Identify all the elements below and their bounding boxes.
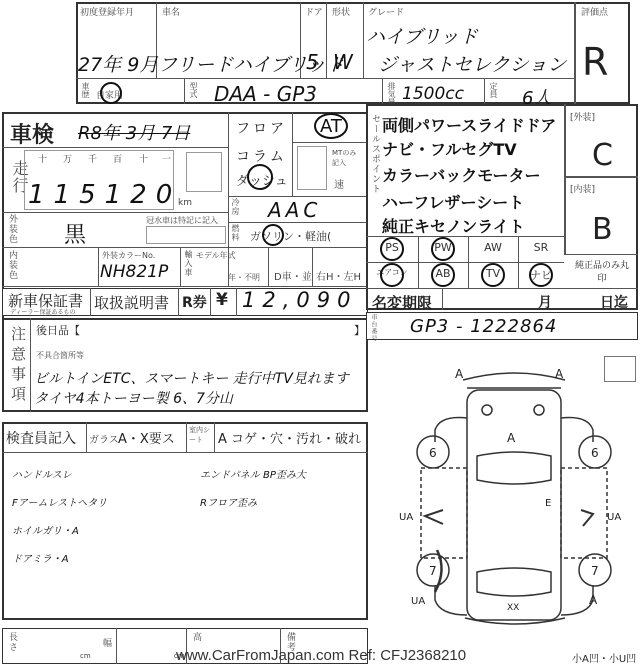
damage-note-label: 冠水車は特記に記入 [146, 215, 218, 226]
name-change-label: 名変期限 [372, 292, 432, 313]
glass-text: A・X要ス [118, 428, 175, 447]
notes-line2: タイヤ4本トーヨー製 6、7分山 [34, 388, 233, 408]
watermark: www.CarFromJapan.com Ref: CFJ2368210 [176, 647, 466, 664]
inspector-right-line1: エンドパネル BP歪み大 [200, 466, 306, 481]
exterior-grade-label: [外装] [570, 110, 595, 123]
equipment-aw: AW [468, 241, 518, 254]
sales-point-2: ナビ・フルセグTV [382, 137, 517, 160]
doors-label: ドア [305, 5, 323, 18]
grade-label: グレード [368, 5, 404, 18]
equipment-circle [431, 263, 455, 287]
ac-value: AAC [268, 198, 321, 222]
equipment-circle [481, 263, 505, 287]
sales-points-label: セールスポイント [369, 114, 382, 194]
model-value: DAA - GP3 [214, 82, 317, 106]
mileage-unit-4: 百 [113, 152, 122, 165]
notes-line1: ビルトインETC、スマートキー 走行中TV見れます [34, 368, 349, 388]
name-change-month: 月 [538, 292, 552, 312]
manual-label: 取扱説明書 [94, 292, 169, 313]
mileage-unit-suffix: km [178, 198, 192, 208]
equipment-circle [431, 237, 455, 261]
chassis-value: GP3 - 1222864 [410, 316, 557, 337]
exterior-color-value: 黒 [64, 218, 86, 249]
shift-option-floor: フロア [236, 118, 287, 138]
shift-option-column: コラム [236, 146, 287, 166]
mark-trunk: XX [507, 603, 519, 613]
parts-label: 後日品【 [36, 322, 80, 338]
exterior-grade-value: C [592, 138, 613, 173]
sales-point-3: カラーバックモーター [382, 163, 541, 186]
model-year-label: モデル年式 [196, 250, 236, 261]
import-label: 輸入車 [183, 250, 194, 277]
shaken-value: R8年 3月 7日 [78, 119, 190, 145]
capacity-label: 定員 [488, 82, 499, 98]
color-code-value: NH821P [100, 262, 168, 282]
vehicle-type-circle [100, 82, 122, 104]
ac-label: 冷房 [230, 198, 241, 216]
inspector-left-line4: ドアミラ・A [12, 550, 69, 565]
model-label: 型式 [188, 82, 199, 98]
length-unit: cm [80, 652, 91, 660]
score-label: 評価点 [581, 5, 608, 18]
seat-label: 室内シート [189, 425, 213, 445]
sales-point-4: ハーフレザーシート [382, 190, 524, 213]
mark-front-right: A [555, 367, 564, 381]
car-diagram-svg: A A A 6 6 UA UA E 7 7 UA A XX [395, 360, 635, 630]
mark-side-left: UA [399, 512, 413, 523]
shaken-label: 車検 [10, 118, 54, 149]
glass-label: ガラス [89, 431, 119, 446]
score-value: R [582, 40, 608, 84]
exterior-color-label: 外装色 [6, 214, 19, 244]
equipment-circle [380, 237, 404, 261]
width-label: 幅 [100, 638, 113, 648]
recycle-label: R券 [182, 292, 207, 312]
warranty-sub: ディーラー保証あるもの [10, 307, 76, 316]
shape-label: 形状 [332, 5, 350, 18]
interior-grade-label: [内装] [570, 182, 595, 195]
mark-wheel-rr: 7 [591, 564, 599, 578]
recycle-currency: ¥ [216, 290, 228, 310]
color-code-label: 外装カラーNo. [102, 250, 155, 261]
mileage-unit-1: 十 [38, 152, 47, 165]
mileage-value: 115120 [28, 180, 181, 210]
mt-label: MTのみ記入 [332, 148, 362, 168]
doors-value: 5 [306, 50, 319, 74]
mileage-unit-2: 万 [63, 152, 72, 165]
car-name-label: 車名 [162, 5, 180, 18]
mark-wheel-fl: 6 [429, 446, 437, 460]
mt-box [297, 146, 327, 190]
fuel-label: 燃料 [230, 224, 241, 242]
mileage-unit-5: 十 [139, 152, 148, 165]
inspector-label: 検査員記入 [6, 428, 76, 448]
interior-grade-value: B [592, 212, 613, 247]
recycle-value: 12,090 [242, 288, 357, 312]
first-reg-value: 27年 9月 [78, 50, 158, 77]
inspector-left-line3: ホイルガリ・A [12, 522, 79, 537]
mileage-extra-box [186, 152, 222, 192]
parts-close: 】 [354, 322, 365, 338]
first-reg-label: 初度登録年月 [80, 5, 134, 18]
shift-selected-circle [247, 164, 273, 190]
defect-label: 不具合箇所等 [36, 350, 84, 361]
diagram-legend: 小A凹・小U凹 [572, 650, 636, 665]
name-change-day: 日迄 [600, 292, 628, 312]
inspector-left-line2: Fアームレストヘタリ [12, 494, 107, 509]
displacement-value: 1500cc [402, 84, 464, 104]
height-label: 高 [190, 632, 203, 642]
genuine-note: 純正品のみ丸印 [572, 258, 632, 284]
mark-wheel-fr: 6 [591, 446, 599, 460]
vehicle-type-label: 車歴 [80, 82, 91, 98]
chassis-label: 車台番号 [369, 314, 378, 342]
inspector-left-line1: ハンドルスレ [12, 466, 72, 481]
sales-point-5: 純正キセノンライト [382, 214, 525, 237]
grade-value-line1: ハイブリッド [366, 22, 478, 49]
dealer-label: D車・並 [274, 268, 312, 283]
mileage-unit-3: 千 [88, 152, 97, 165]
mark-side-right: UA [607, 512, 621, 523]
equipment-sr: SR [518, 241, 564, 254]
notes-label: 注意事項 [8, 326, 29, 406]
inspector-right-line2: Rフロア歪み [200, 494, 257, 509]
equipment-circle [380, 263, 404, 287]
mark-wheel-rl: 7 [429, 564, 437, 578]
displacement-label: 排気量 [386, 82, 397, 106]
seat-text: A コゲ・穴・汚れ・破れ [218, 428, 361, 447]
steering-label: 右H・左H [316, 268, 361, 283]
diagram-corner-box [604, 356, 636, 382]
mark-rear-right: A [589, 593, 598, 607]
shape-value: W [333, 50, 353, 74]
speed-label: 速 [334, 176, 344, 191]
equipment-circle [529, 263, 553, 287]
transmission-circle [314, 113, 348, 139]
model-year-options: 年・不明 [228, 272, 260, 283]
damage-diagram: A A A 6 6 UA UA E 7 7 UA A XX [395, 360, 635, 630]
mark-rear-left: UA [411, 596, 425, 607]
length-label: 長さ [6, 632, 19, 652]
sales-point-1: 両側パワースライドドア [382, 113, 556, 136]
mark-hood: A [507, 431, 516, 445]
mark-pillar: E [545, 498, 551, 509]
interior-color-label: 内装色 [6, 250, 19, 280]
fuel-selected-circle [262, 224, 284, 246]
mark-front-left: A [455, 367, 464, 381]
mileage-unit-6: 一 [162, 152, 171, 165]
grade-value-line2: ジャストセレクション [378, 50, 566, 77]
